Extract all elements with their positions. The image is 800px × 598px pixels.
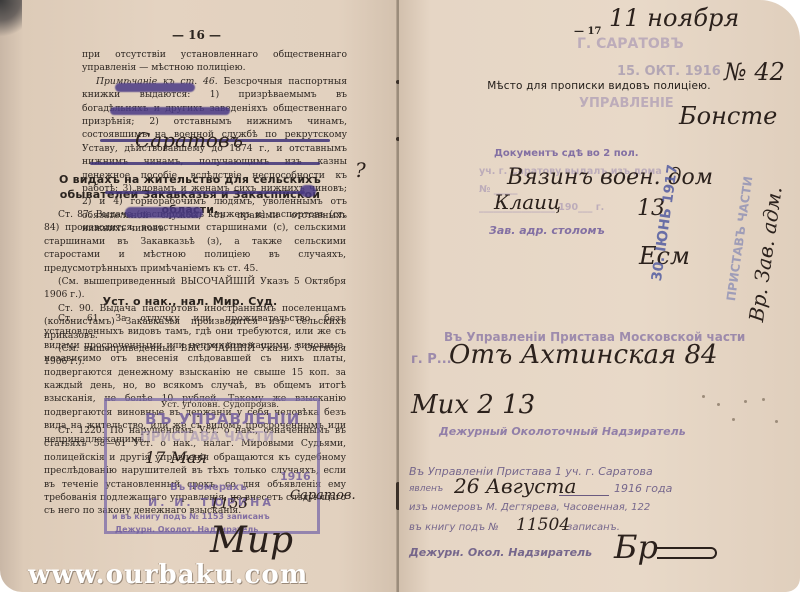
handwriting-date: 17 Мая — [145, 448, 207, 467]
handwriting-city: Саратов. — [290, 488, 356, 503]
handwriting-mark: ? — [355, 158, 366, 182]
handwriting-november: 11 ноября — [609, 4, 739, 32]
handwriting-number: № 42 — [724, 58, 785, 86]
website-watermark: www.ourbaku.com — [28, 560, 308, 590]
faint-stamp-header: Г. САРАТОВЪ — [577, 36, 684, 52]
pin-hole — [775, 420, 778, 423]
registration-line-3: изъ номеровъ М. Дегтярева, Часовенная, 1… — [409, 502, 650, 513]
registration-heading: Мѣсто для прописки видовъ полиціею. — [479, 80, 719, 92]
pin-hole — [744, 400, 747, 403]
handwriting-address: Отъ Ахтинская 84 — [449, 340, 718, 370]
stamp2-line-5: Зав. адр. столомъ — [489, 224, 605, 237]
stamp-line-1: ВЪ УПРАВЛЕНІИ — [145, 410, 300, 428]
handwriting-book-number: 1153 — [210, 494, 248, 512]
handwriting-name: Клаиц — [494, 190, 561, 214]
page-corner-shadow — [0, 0, 22, 40]
ink-blot — [115, 83, 195, 92]
stamp-year: 1916 — [280, 470, 311, 483]
stamp-line-3: Въ Номерахъ — [170, 482, 247, 493]
pin-hole — [732, 418, 735, 421]
registration-prefix-appeared: явленъ — [409, 484, 443, 494]
page-number-left: — 16 — — [172, 28, 221, 42]
article-87: Ст. 87. Выдача (паспортныхъ книжекъ и) п… — [44, 208, 346, 275]
handwriting-signature-top: Бонсте — [679, 102, 777, 130]
handwriting-book-number: 11504 — [516, 515, 570, 535]
pin-hole — [762, 398, 765, 401]
passport-spread: — 16 — при отсутствіи установленнаго общ… — [0, 0, 800, 598]
stamp2-line-1: Документъ сдѣ во 2 пол. — [494, 148, 639, 159]
handwriting-military-house: Вязинъ воен. дом — [507, 165, 713, 190]
left-page: — 16 — при отсутствіи установленнаго общ… — [0, 0, 398, 592]
date-stamp: 15. ОКТ. 1916 — [617, 64, 721, 79]
registration-signature: Бр — [614, 528, 658, 566]
right-page: — 17 Г. САРАТОВЪ 15. ОКТ. 1916 УПРАВЛЕНІ… — [399, 0, 800, 592]
stamp3-line-2: г. Р... — [411, 352, 452, 367]
pin-hole — [702, 395, 705, 398]
signature-flourish — [657, 547, 717, 559]
faint-stamp-footer: УПРАВЛЕНІЕ — [579, 96, 674, 111]
section-heading-justice: Уст. о нак., нал. Мир. Суд. — [40, 295, 340, 308]
date-underline — [559, 495, 609, 496]
handwriting-lower: Мих 2 13 — [411, 390, 535, 420]
registration-book-prefix: въ книгу подъ № — [409, 522, 499, 533]
ink-strike — [105, 191, 305, 194]
ink-blot — [110, 107, 230, 115]
intro-text: при отсутствіи установленнаго общественн… — [82, 48, 347, 75]
stamp3-line-3: Дежурный Околоточный Надзиратель — [439, 425, 686, 438]
handwriting-saratov: Саратовъ — [135, 128, 243, 152]
registration-officer: Дежурн. Окол. Надзиратель — [409, 546, 592, 559]
ink-strike — [90, 162, 320, 165]
registration-book-suffix: записанъ. — [567, 522, 620, 533]
stamp-line-2: ПРИСТАВА ЧАСТИ — [140, 430, 274, 445]
ink-blot — [125, 207, 203, 218]
registration-year: 1916 года — [614, 482, 672, 495]
handwritten-signature: Мир — [210, 520, 293, 561]
ink-blot — [300, 185, 316, 197]
pin-hole — [717, 403, 720, 406]
